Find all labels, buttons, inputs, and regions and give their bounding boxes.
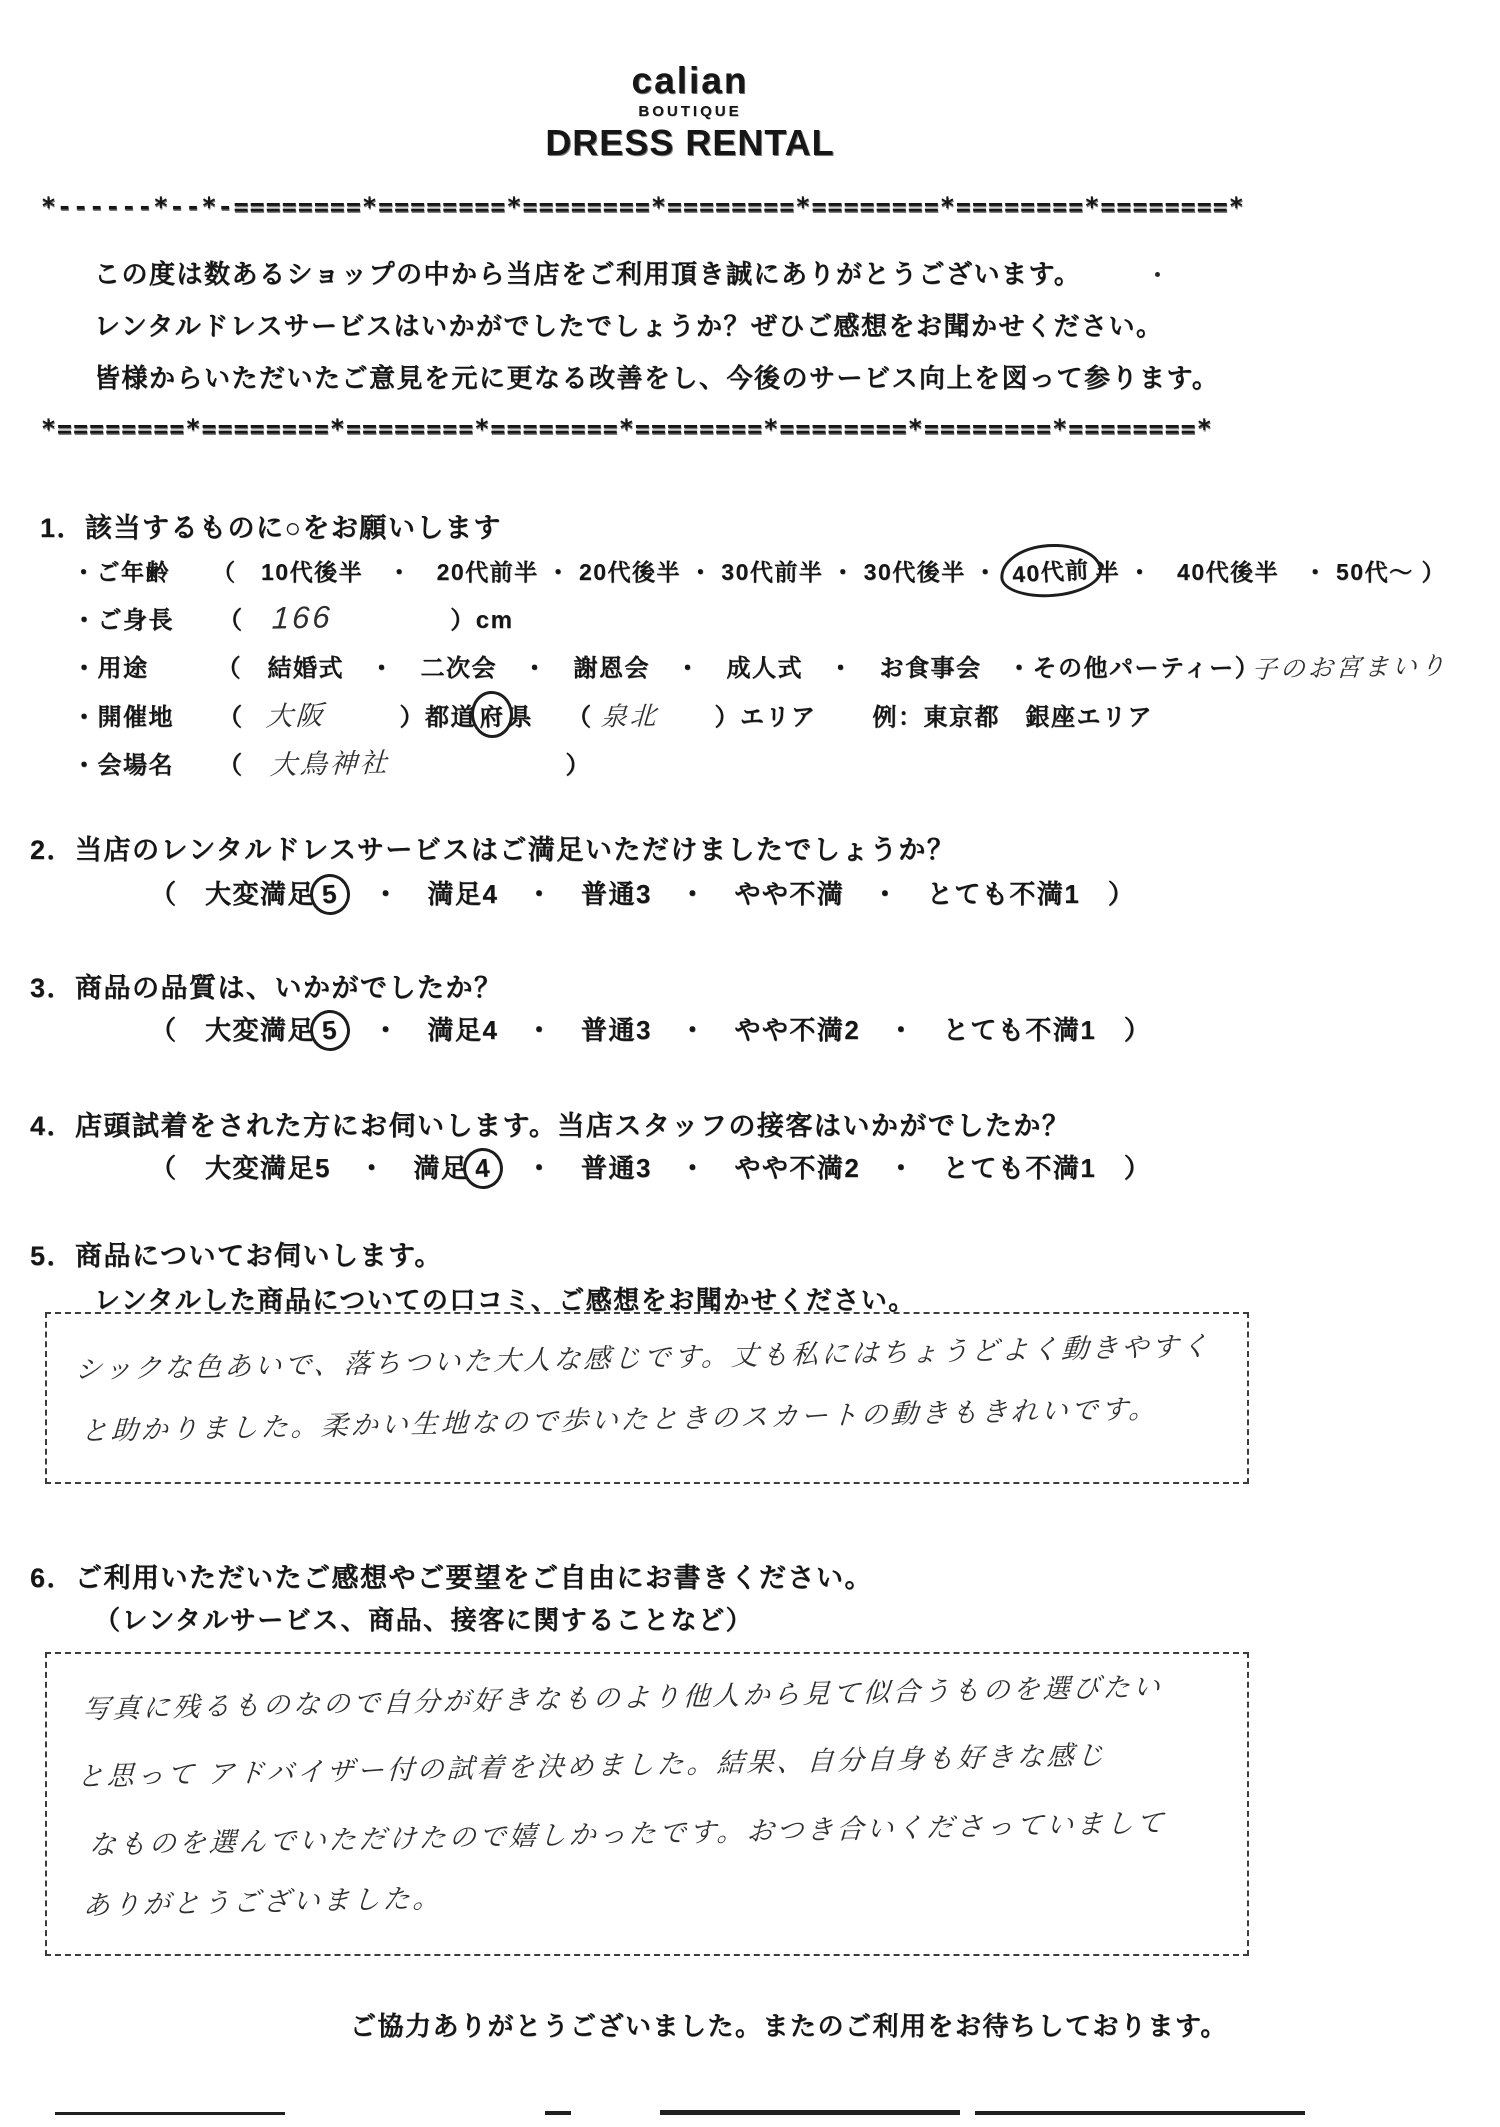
q5-comment-line-1: シックな色あいで、落ちついた大人な感じです。丈も私にはちょうどよく動きやすく [74,1324,1212,1387]
q3-options-row: （ 大変満足5 ・ 満足4 ・ 普通3 ・ やや不満2 ・ とても不満1 ） [150,1010,1151,1047]
q1-place-value-handwritten: 大阪 [265,693,327,733]
q2-title: 2．当店のレンタルドレスサービスはご満足いただけましたでしょうか？ [30,828,955,867]
q1-place-paren-open2: （ [567,704,593,731]
q3-options-pre: （ 大変満足 [150,1015,315,1045]
q5-comment-box: シックな色あいで、落ちついた大人な感じです。丈も私にはちょうどよく動きやすく と… [45,1312,1249,1484]
q1-venue-label: ・会場名 [72,752,174,779]
q1-place-paren-close2: ）エリア [715,704,817,731]
q1-age-row: ・ご年齢（ 10代後半 ・ 20代前半 ・ 20代後半 ・ 30代前半 ・ 30… [72,554,1446,587]
q6-comment-box: 写真に残るものなので自分が好きなものより他人から見て似合うものを選びたい と思っ… [45,1652,1249,1956]
q4-options-row: （ 大変満足5 ・ 満足4 ・ 普通3 ・ やや不満2 ・ とても不満1 ） [150,1148,1151,1185]
scan-dot-artifact [1155,272,1160,277]
q1-height-paren-close: ）cm [450,607,513,634]
brand-logo: calian [0,60,1380,102]
q3-title: 3．商品の品質は、いかがでしたか？ [30,966,503,1005]
q1-purpose-row: ・用途（ 結婚式 ・ 二次会 ・ 謝恩会 ・ 成人式 ・ お食事会 ・その他パー… [72,648,1448,684]
q1-purpose-options: （ 結婚式 ・ 二次会 ・ 謝恩会 ・ 成人式 ・ お食事会 ・その他パーティー… [217,655,1261,682]
q1-venue-paren-close: ） [566,752,592,779]
q1-age-circle-mark: 40代前 [998,541,1103,601]
q1-age-options-pre: （ 10代後半 ・ 20代前半 ・ 20代後半 ・ 30代前半 ・ 30代後半 … [212,559,1006,585]
q1-venue-row: ・会場名（大鳥神社） [72,742,591,781]
q1-height-row: ・ご身長（166）cm [72,600,513,636]
q1-place-circle-mark: 府 [469,690,514,740]
scan-line-artifact [545,2111,571,2115]
q6-comment-line-2: と思って アドバイザー付の試着を決めました。結果、自分自身も好きな感じ [76,1733,1108,1794]
q1-purpose-note-handwritten: 子のお宮まいり [1251,646,1449,686]
scan-line-artifact [660,2110,960,2115]
q5-title: 5．商品についてお伺いします。 [30,1234,443,1273]
q4-options-pre: （ 大変満足5 ・ 満足 [150,1153,468,1183]
page-title: DRESS RENTAL [0,122,1380,164]
q6-comment-line-1: 写真に残るものなので自分が好きなものより他人から見て似合うものを選びたい [82,1665,1164,1727]
q4-options-post: ・ 普通3 ・ やや不満2 ・ とても不満1 ） [498,1153,1151,1183]
intro-line-2: レンタルドレスサービスはいかがでしたでしょうか？ぜひご感想をお聞かせください。 [94,306,1164,343]
q6-title: 6．ご利用いただいたご感想やご要望をご自由にお書きください。 [30,1556,873,1595]
q1-place-paren-open: （ [218,704,244,731]
q5-comment-line-2: と助かりました。柔かい生地なので歩いたときのスカートの動きもきれいです。 [80,1387,1160,1449]
q1-purpose-label: ・用途 [72,655,149,682]
q1-place-example: 例：東京都 銀座エリア [873,704,1154,731]
q1-height-label: ・ご身長 [72,607,174,634]
separator-bottom: *========*========*========*========*===… [41,414,1213,443]
q1-height-value-handwritten: 166 [271,599,333,636]
scanned-survey-page: calian BOUTIQUE DRESS RENTAL *------*--*… [0,0,1500,2127]
q1-place-mid: ）都道 [400,704,477,731]
scan-line-artifact [975,2111,1305,2115]
brand-sub-label: BOUTIQUE [0,103,1380,120]
q1-place-value2-handwritten: 泉北 [600,695,660,733]
q6-comment-line-4: ありがとうございました。 [82,1876,444,1923]
q1-place-row: ・開催地（大阪）都道府県（泉北）エリア例：東京都 銀座エリア [72,694,1153,733]
intro-line-1: この度は数あるショップの中から当店をご利用頂き誠にありがとうございます。 [94,254,1081,291]
intro-line-3: 皆様からいただいたご意見を元に更なる改善をし、今後のサービス向上を図って参ります… [94,358,1219,395]
q1-title: 1．該当するものに○をお願いします [40,506,502,545]
footer-message: ご協力ありがとうございました。またのご利用をお待ちしております。 [350,2006,1228,2043]
q6-subtitle: （レンタルサービス、商品、接客に関することなど） [94,1600,753,1637]
scan-line-artifact [55,2112,285,2115]
q2-options-post: ・ 満足4 ・ 普通3 ・ やや不満 ・ とても不満1 ） [345,879,1135,909]
q1-venue-paren-open: （ [218,752,244,779]
q1-age-label: ・ご年齢 [72,559,170,585]
q1-height-paren-open: （ [218,607,244,634]
q2-options-pre: （ 大変満足 [150,879,315,909]
q1-place-label: ・開催地 [72,704,174,731]
q4-title: 4．店頭試着をされた方にお伺いします。当店スタッフの接客はいかがでしたか？ [30,1104,1070,1143]
q1-venue-value-handwritten: 大鳥神社 [269,741,391,783]
q3-options-post: ・ 満足4 ・ 普通3 ・ やや不満2 ・ とても不満1 ） [345,1015,1151,1045]
q1-age-options-post: 半 ・ 40代後半 ・ 50代～ ） [1096,559,1446,585]
q2-options-row: （ 大変満足5 ・ 満足4 ・ 普通3 ・ やや不満 ・ とても不満1 ） [150,874,1135,911]
separator-top: *------*--*-========*========*========*=… [41,192,1245,221]
q6-comment-line-3: なものを選んでいただけたので嬉しかったです。おつき合いくださっていまして [88,1801,1167,1863]
